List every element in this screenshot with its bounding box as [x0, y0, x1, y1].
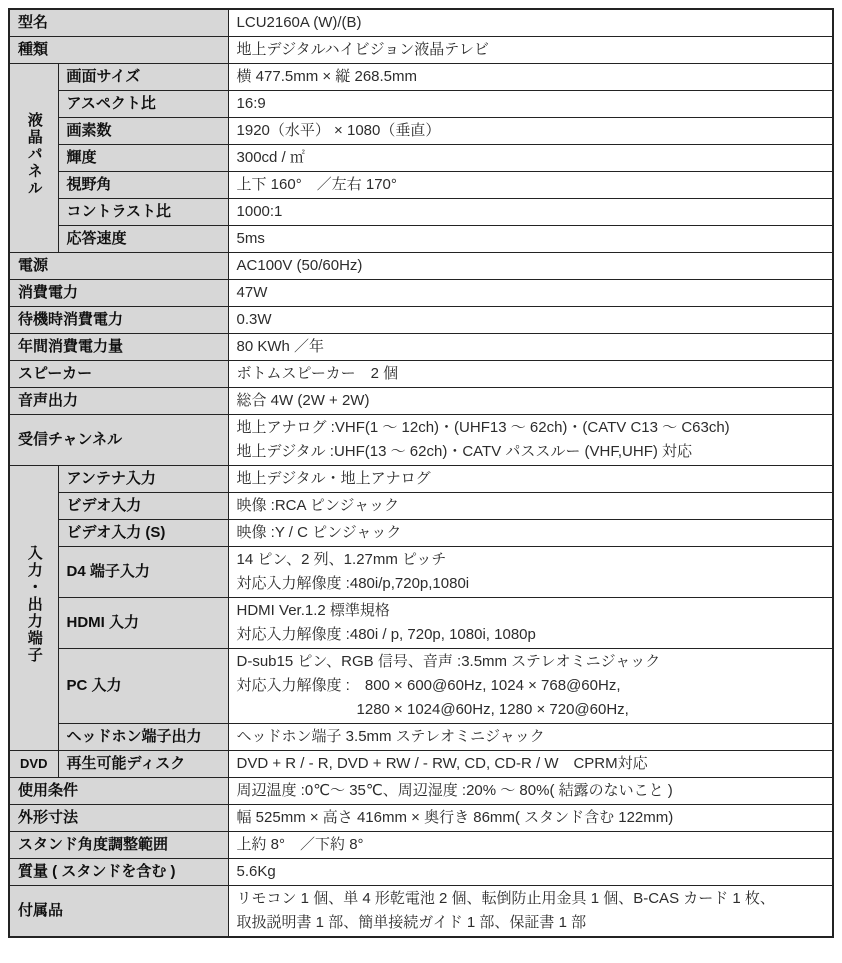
row-label: D4 端子入力 — [58, 547, 228, 598]
row-label: ビデオ入力 — [58, 493, 228, 520]
row-value: DVD + R / - R, DVD + RW / - RW, CD, CD-R… — [228, 751, 833, 778]
row-label: 消費電力 — [9, 280, 228, 307]
row-value: 14 ピン、2 列、1.27mm ピッチ 対応入力解像度 :480i/p,720… — [228, 547, 833, 598]
row-value: LCU2160A (W)/(B) — [228, 9, 833, 37]
spec-row-d4-input: D4 端子入力 14 ピン、2 列、1.27mm ピッチ 対応入力解像度 :48… — [9, 547, 833, 598]
row-label: 受信チャンネル — [9, 415, 228, 466]
row-label: ビデオ入力 (S) — [58, 520, 228, 547]
group-label-lcd-panel: 液晶パネル — [22, 112, 46, 197]
spec-row-accessories: 付属品 リモコン 1 個、単 4 形乾電池 2 個、転倒防止用金具 1 個、B-… — [9, 886, 833, 938]
spec-row-standby-power: 待機時消費電力 0.3W — [9, 307, 833, 334]
row-label: アンテナ入力 — [58, 466, 228, 493]
spec-row-hdmi-input: HDMI 入力 HDMI Ver.1.2 標準規格 対応入力解像度 :480i … — [9, 598, 833, 649]
spec-row-antenna-input: 入力・出力端子 アンテナ入力 地上デジタル・地上アナログ — [9, 466, 833, 493]
spec-row-aspect-ratio: アスペクト比 16:9 — [9, 91, 833, 118]
row-value: 16:9 — [228, 91, 833, 118]
row-label: 再生可能ディスク — [58, 751, 228, 778]
spec-row-type: 種類 地上デジタルハイビジョン液晶テレビ — [9, 37, 833, 64]
row-value: 幅 525mm × 高さ 416mm × 奥行き 86mm( スタンド含む 12… — [228, 805, 833, 832]
spec-row-weight: 質量 ( スタンドを含む ) 5.6Kg — [9, 859, 833, 886]
row-value: D-sub15 ピン、RGB 信号、音声 :3.5mm ステレオミニジャック 対… — [228, 649, 833, 724]
row-value: 1000:1 — [228, 199, 833, 226]
row-value: 300cd / ㎡ — [228, 145, 833, 172]
row-value: 上約 8° ／下約 8° — [228, 832, 833, 859]
row-label: 外形寸法 — [9, 805, 228, 832]
spec-row-channels: 受信チャンネル 地上アナログ :VHF(1 ～ 12ch)・(UHF13 ～ 6… — [9, 415, 833, 466]
row-label: 型名 — [9, 9, 228, 37]
spec-row-video-input: ビデオ入力 映像 :RCA ピンジャック — [9, 493, 833, 520]
spec-row-viewing-angle: 視野角 上下 160° ／左右 170° — [9, 172, 833, 199]
row-value: 0.3W — [228, 307, 833, 334]
row-value: 総合 4W (2W + 2W) — [228, 388, 833, 415]
row-value: 80 KWh ／年 — [228, 334, 833, 361]
spec-row-pixels: 画素数 1920（水平） × 1080（垂直） — [9, 118, 833, 145]
row-label: スピーカー — [9, 361, 228, 388]
row-value: 5ms — [228, 226, 833, 253]
row-value: HDMI Ver.1.2 標準規格 対応入力解像度 :480i / p, 720… — [228, 598, 833, 649]
group-cell-lcd-panel: 液晶パネル — [9, 64, 58, 253]
row-label: スタンド角度調整範囲 — [9, 832, 228, 859]
row-label: 付属品 — [9, 886, 228, 938]
spec-row-power-source: 電源 AC100V (50/60Hz) — [9, 253, 833, 280]
row-value: 47W — [228, 280, 833, 307]
row-label: 画素数 — [58, 118, 228, 145]
spec-row-operating-conditions: 使用条件 周辺温度 :0℃～ 35℃、周辺湿度 :20% ～ 80%( 結露のな… — [9, 778, 833, 805]
row-label: ヘッドホン端子出力 — [58, 724, 228, 751]
spec-sheet-page: 型名 LCU2160A (W)/(B) 種類 地上デジタルハイビジョン液晶テレビ… — [0, 0, 842, 963]
row-value: 地上デジタル・地上アナログ — [228, 466, 833, 493]
group-label-io-terminals: 入力・出力端子 — [22, 545, 46, 664]
spec-row-headphone-output: ヘッドホン端子出力 ヘッドホン端子 3.5mm ステレオミニジャック — [9, 724, 833, 751]
spec-row-playable-discs: DVD 再生可能ディスク DVD + R / - R, DVD + RW / -… — [9, 751, 833, 778]
group-label-dvd: DVD — [20, 756, 47, 771]
spec-row-model: 型名 LCU2160A (W)/(B) — [9, 9, 833, 37]
spec-row-dimensions: 外形寸法 幅 525mm × 高さ 416mm × 奥行き 86mm( スタンド… — [9, 805, 833, 832]
spec-row-stand-angle: スタンド角度調整範囲 上約 8° ／下約 8° — [9, 832, 833, 859]
row-label: 音声出力 — [9, 388, 228, 415]
spec-table: 型名 LCU2160A (W)/(B) 種類 地上デジタルハイビジョン液晶テレビ… — [8, 8, 834, 938]
row-label: 質量 ( スタンドを含む ) — [9, 859, 228, 886]
group-cell-io-terminals: 入力・出力端子 — [9, 466, 58, 751]
row-label: HDMI 入力 — [58, 598, 228, 649]
row-value: AC100V (50/60Hz) — [228, 253, 833, 280]
spec-row-brightness: 輝度 300cd / ㎡ — [9, 145, 833, 172]
spec-row-pc-input: PC 入力 D-sub15 ピン、RGB 信号、音声 :3.5mm ステレオミニ… — [9, 649, 833, 724]
row-value: 横 477.5mm × 縦 268.5mm — [228, 64, 833, 91]
row-label: アスペクト比 — [58, 91, 228, 118]
row-label: 使用条件 — [9, 778, 228, 805]
row-value: 映像 :Y / C ピンジャック — [228, 520, 833, 547]
row-value: 上下 160° ／左右 170° — [228, 172, 833, 199]
row-label: 種類 — [9, 37, 228, 64]
row-label: 年間消費電力量 — [9, 334, 228, 361]
spec-row-response-time: 応答速度 5ms — [9, 226, 833, 253]
row-label: 輝度 — [58, 145, 228, 172]
row-value: 5.6Kg — [228, 859, 833, 886]
spec-row-audio-output: 音声出力 総合 4W (2W + 2W) — [9, 388, 833, 415]
row-label: 電源 — [9, 253, 228, 280]
spec-row-svideo-input: ビデオ入力 (S) 映像 :Y / C ピンジャック — [9, 520, 833, 547]
row-value: 1920（水平） × 1080（垂直） — [228, 118, 833, 145]
group-cell-dvd: DVD — [9, 751, 58, 778]
row-value: 地上アナログ :VHF(1 ～ 12ch)・(UHF13 ～ 62ch)・(CA… — [228, 415, 833, 466]
row-label: PC 入力 — [58, 649, 228, 724]
row-value: ボトムスピーカー 2 個 — [228, 361, 833, 388]
spec-row-annual-power: 年間消費電力量 80 KWh ／年 — [9, 334, 833, 361]
spec-row-power-consumption: 消費電力 47W — [9, 280, 833, 307]
row-value: 地上デジタルハイビジョン液晶テレビ — [228, 37, 833, 64]
spec-row-speaker: スピーカー ボトムスピーカー 2 個 — [9, 361, 833, 388]
row-value: 周辺温度 :0℃～ 35℃、周辺湿度 :20% ～ 80%( 結露のないこと ) — [228, 778, 833, 805]
row-label: 画面サイズ — [58, 64, 228, 91]
row-value: ヘッドホン端子 3.5mm ステレオミニジャック — [228, 724, 833, 751]
row-label: 待機時消費電力 — [9, 307, 228, 334]
row-value: 映像 :RCA ピンジャック — [228, 493, 833, 520]
row-value: リモコン 1 個、単 4 形乾電池 2 個、転倒防止用金具 1 個、B-CAS … — [228, 886, 833, 938]
row-label: 応答速度 — [58, 226, 228, 253]
spec-row-contrast: コントラスト比 1000:1 — [9, 199, 833, 226]
row-label: 視野角 — [58, 172, 228, 199]
spec-row-screen-size: 液晶パネル 画面サイズ 横 477.5mm × 縦 268.5mm — [9, 64, 833, 91]
row-label: コントラスト比 — [58, 199, 228, 226]
